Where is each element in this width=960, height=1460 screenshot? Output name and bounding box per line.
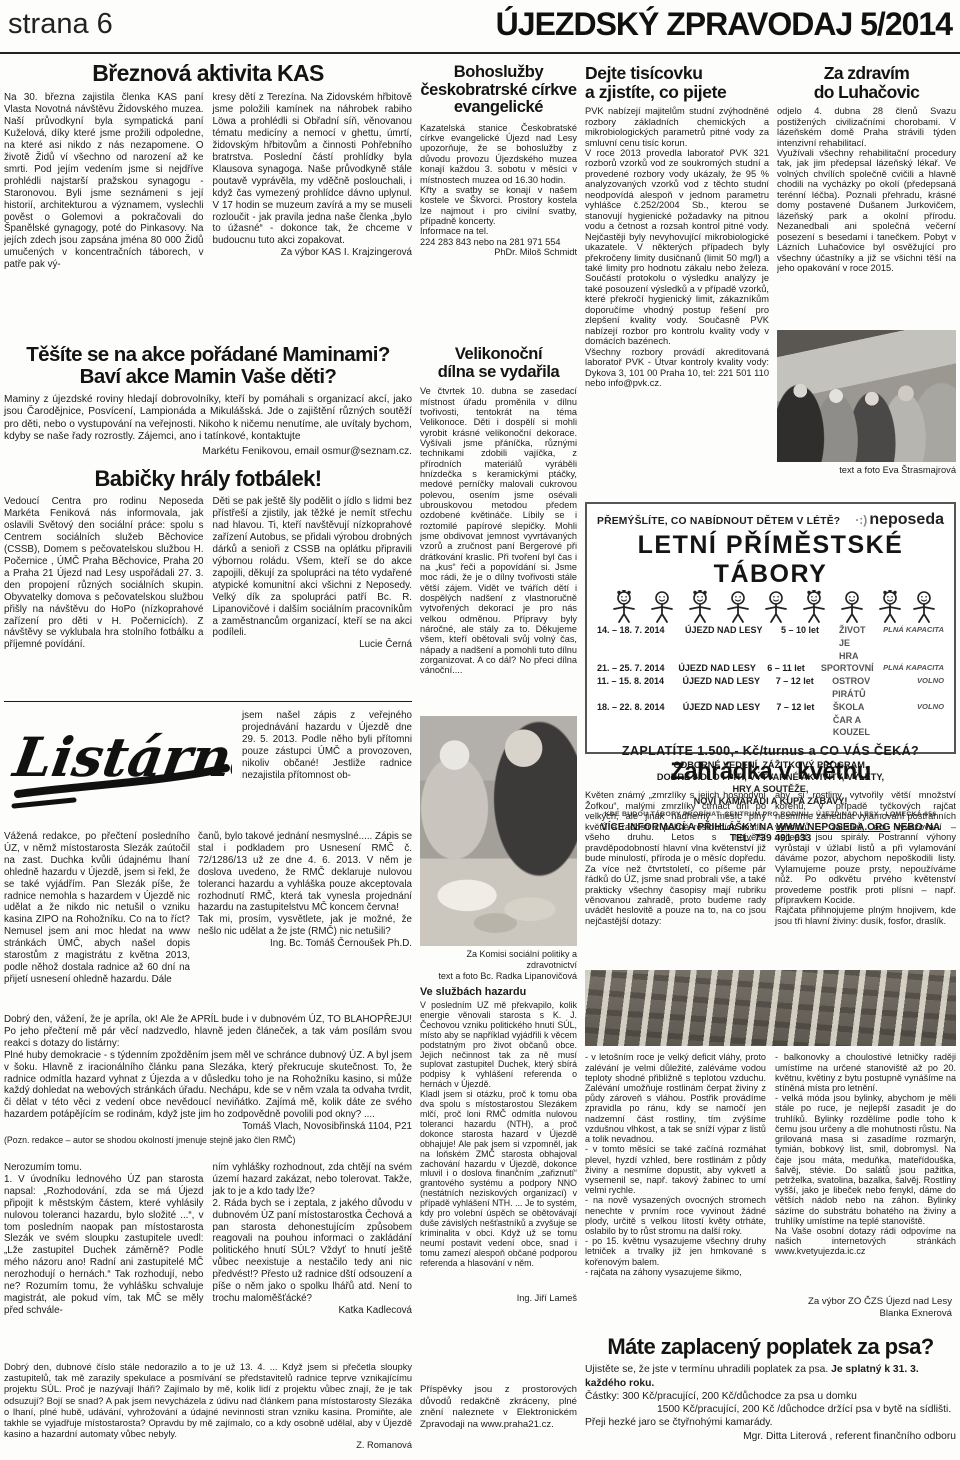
camp-age: 6 – 11 let [767,662,821,675]
section-divider [4,701,412,702]
article-column: Vedoucí Centra pro rodinu Neposeda Marké… [4,496,204,684]
letter-paragraph: Dobrý den, vážení, že je apríla, ok! Ale… [4,1014,412,1050]
byline: Ing. Bc. Tomáš Černoušek Ph.D. [198,938,412,950]
camp-place: ÚJEZD NAD LESY [683,675,776,701]
article-title: Zahrádka v květnu [585,760,956,784]
letter-column: ním vyhlášky rozhodnout, zda chtějí na s… [213,1162,413,1305]
byline: Z. Romanová [4,1440,412,1451]
article-dilna: Velikonoční dílna se vydařila Ve čtvrtek… [420,346,577,982]
byline: Za výbor KAS I. Krajzingerová [213,247,413,259]
camp-name: SPORTOVNÍ [821,662,874,675]
letter-kadlecova: Nerozumím tomu. 1. V úvodníku lednového … [4,1162,412,1360]
listarna-script-icon: Listárna [4,710,232,822]
article-luhacovice: Za zdravím do Luhačovic odjelo 4. dubna … [777,64,956,475]
article-body: Kazatelská stanice Českobratské církve e… [420,123,577,247]
kids-doodles-icon [606,590,936,624]
camp-status: VOLNO [870,675,944,701]
fee-text: Ujistěte se, že jste v termínu uhradili … [585,1364,831,1375]
letter-column: Nerozumím tomu. 1. V úvodníku lednového … [4,1162,204,1360]
letter-paragraph: Dobrý den, dubnové číslo stále nedorazil… [4,1362,412,1440]
article-title: Bohoslužby českobratrské církve evangeli… [420,64,577,117]
article-column: Na 30. března zajistila členka KAS paní … [4,92,204,344]
byline: Ing. Jiří Lameš [420,1293,577,1303]
camp-date: 14. – 18. 7. 2014 [597,624,685,662]
byline: Katka Kadlecová [213,1305,413,1317]
article-column: kresy dětí z Terezína. Na Židovském hřbi… [213,92,413,247]
article-body: Maminy z újezdské roviny hledají dobrovo… [4,394,412,444]
byline: PhDr. Miloš Schmidt [420,247,577,257]
camp-place: ÚJEZD NAD LESY [683,701,777,739]
byline: Mgr. Ditta Literová , referent finančníh… [585,1430,956,1443]
article-body: Ve čtvrtek 10. dubna se zasedací místnos… [420,386,577,716]
neposeda-logo: ·:)neposeda [855,511,944,529]
article-body: Ujistěte se, že jste v termínu uhradili … [585,1363,956,1443]
camp-age: 7 – 12 let [776,701,833,739]
brand-name: neposeda [869,511,944,528]
section-listarna: Listárna jsem našel zápis z veřejného pr… [4,710,412,1015]
fee-line: Ujistěte se, že jste v termínu uhradili … [585,1363,956,1389]
article-zahradka: Zahrádka v květnu Květen známý „zmrzlíky… [585,760,956,1319]
photo-seedlings [585,970,956,1046]
fee-line: 1500 Kč/pracující, 200 Kč /důchodce drží… [585,1403,956,1416]
photo-velikonocni-dilna [420,716,577,946]
photo-caption: text a foto Eva Štrasmajrová [777,465,956,475]
ad-neposeda-camps: PŘEMÝŠLÍTE, CO NABÍDNOUT DĚTEM V LÉTĚ? ·… [585,502,956,754]
article-title: Velikonoční dílna se vydařila [420,346,577,381]
article-title: Máte zaplacený poplatek za psa? [585,1336,956,1358]
byline: Za výbor ZO ČZS Újezd nad Lesy Blanka Ex… [585,1296,956,1319]
article-column: Květen známý „zmrzlíky s jejich hospodyn… [585,790,766,968]
editor-note: (Pozn. redakce – autor se shodou okolnos… [4,1135,412,1147]
contact-line: Markétu Fenikovou, email osmur@seznam.cz… [4,446,412,457]
camp-status: VOLNO [870,701,944,739]
camp-row: 21. – 25. 7. 2014 ÚJEZD NAD LESY 6 – 11 … [597,662,944,675]
camps-table: 14. – 18. 7. 2014 ÚJEZD NAD LESY 5 – 10 … [597,624,944,739]
article-body: odjelo 4. dubna 28 členů Svazu postižený… [777,106,956,330]
photo-luhacovice [777,330,956,462]
listarna-logo: Listárna [4,710,232,826]
page-number: strana 6 [8,8,113,41]
article-title-line: Baví akce Mamin Vaše děti? [4,366,412,388]
article-column: Děti se pak ještě šly podělit o jídlo s … [213,496,413,639]
article-title: Březnová aktivita KAS [4,62,412,85]
editorial-shortening-note: Příspěvky jsou z prostorových důvodů red… [420,1384,577,1430]
camp-row: 14. – 18. 7. 2014 ÚJEZD NAD LESY 5 – 10 … [597,624,944,662]
photo-caption: Za Komisi sociální politiky a zdravotnic… [420,949,577,981]
letter-paragraph: Plné huby demokracie - s týdenním zpoždě… [4,1050,412,1121]
letter-hazard: Ve službách hazardu V posledním ÚZ mě př… [420,986,577,1303]
masthead-title: ÚJEZDSKÝ ZPRAVODAJ 5/2014 [496,6,952,43]
camp-date: 11. – 15. 8. 2014 [597,675,683,701]
article-column: - v letošním roce je velký deficit vláhy… [585,1052,766,1292]
smiley-icon: ·:) [855,513,867,527]
camp-status: PLNÁ KAPACITA [874,662,944,675]
article-title-line: Těšíte se na akce pořádané Maminami? [4,344,412,366]
letter-column: jsem našel zápis z veřejného projednáván… [242,710,412,826]
camp-name: OSTROV PIRÁTŮ [832,675,870,701]
byline: Tomáš Vlach, Novosibřinská 1104, P21 [4,1121,412,1133]
camp-age: 5 – 10 let [781,624,839,662]
camp-row: 11. – 15. 8. 2014 ÚJEZD NAD LESY 7 – 12 … [597,675,944,701]
letter-body: V posledním ÚZ mě překvapilo, kolik ener… [420,1001,577,1293]
camp-status: PLNÁ KAPACITA [868,624,944,662]
ad-title: LETNÍ PŘÍMĚSTSKÉ TÁBORY [597,531,944,589]
ad-question: PŘEMÝŠLÍTE, CO NABÍDNOUT DĚTEM V LÉTĚ? [597,516,840,527]
article-column: aby si rostliny vytvořily větší množství… [775,790,956,968]
fee-line: Přeji hezké jaro se čtyřnohými kamarády. [585,1416,956,1429]
header-rule [0,52,960,54]
article-bohosluzby: Bohoslužby českobratrské církve evangeli… [420,64,577,257]
article-maminy: Těšíte se na akce pořádané Maminami? Bav… [4,344,412,457]
article-title: Babičky hrály fotbálek! [4,468,412,490]
camp-row: 18. – 22. 8. 2014 ÚJEZD NAD LESY 7 – 12 … [597,701,944,739]
fee-line: Částky: 300 Kč/pracující, 200 Kč/důchodc… [585,1390,956,1403]
camp-date: 21. – 25. 7. 2014 [597,662,678,675]
letter-romanova: Dobrý den, dubnové číslo stále nedorazil… [4,1362,412,1459]
camp-date: 18. – 22. 8. 2014 [597,701,683,739]
camp-place: ÚJEZD NAD LESY [678,662,767,675]
letter-vlach: Dobrý den, vážení, že je apríla, ok! Ale… [4,1014,412,1147]
article-column: - balkonovky a choulostivé letničky radě… [775,1052,956,1292]
camp-place: ÚJEZD NAD LESY [685,624,781,662]
article-poplatek: Máte zaplacený poplatek za psa? Ujistěte… [585,1336,956,1444]
newspaper-page: strana 6 ÚJEZDSKÝ ZPRAVODAJ 5/2014 Březn… [0,0,960,1460]
article-title: Dejte tisícovku a zjistíte, co pijete [585,64,769,101]
camp-age: 7 – 12 let [776,675,832,701]
byline: Lucie Černá [213,639,413,651]
camp-name: ŠKOLA ČAR A KOUZEL [833,701,870,739]
article-kas: Březnová aktivita KAS Na 30. března zaji… [4,62,412,344]
article-babicky: Babičky hrály fotbálek! Vedoucí Centra p… [4,468,412,684]
letter-column: čanů, bylo takové jednání nesmyslné.....… [198,831,412,938]
ad-price-line: ZAPLATÍTE 1.500,- Kč/turnus a CO VÁS ČEK… [597,744,944,758]
letter-title: Ve službách hazardu [420,986,577,998]
article-title: Za zdravím do Luhačovic [777,64,956,101]
camp-name: ŽIVOT JE HRA [839,624,868,662]
letter-column: Vážená redakce, po přečtení posledního Ú… [4,831,190,1015]
